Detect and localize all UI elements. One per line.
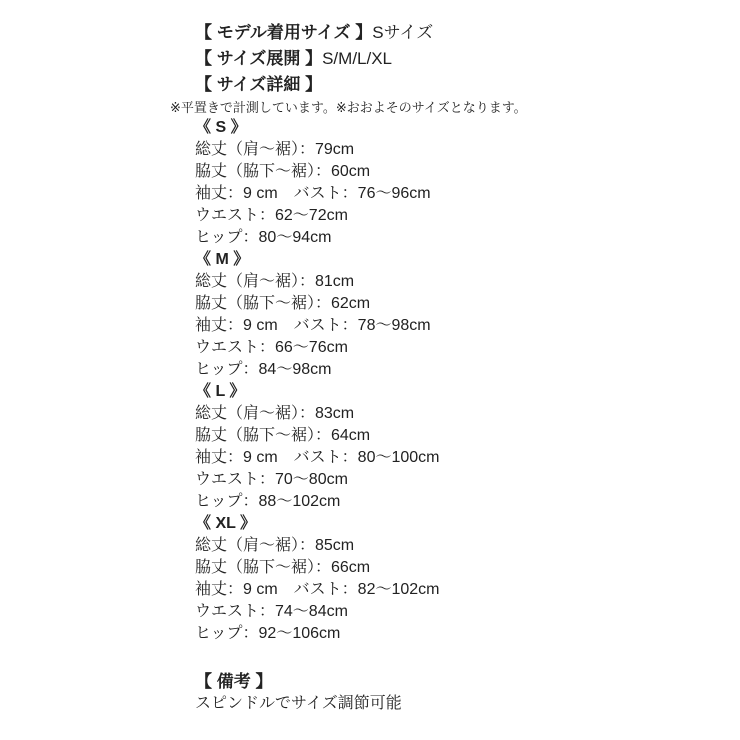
remarks-body: スピンドルでサイズ調節可能	[170, 693, 527, 715]
measurement-note: ※平置きで計測しています。※おおよそのサイズとなります。	[170, 98, 527, 117]
remarks-section: 【 備考 】 スピンドルでサイズ調節可能	[170, 671, 527, 715]
measurement-total-length: 総丈（肩〜裾）：83cm	[170, 403, 527, 425]
measurement-waist: ウエスト：70〜80cm	[170, 469, 527, 491]
measurement-waist: ウエスト：62〜72cm	[170, 205, 527, 227]
size-block-m: 《 M 》 総丈（肩〜裾）：81cm 脇丈（脇下〜裾）：62cm 袖丈：9 cm…	[170, 249, 527, 381]
model-size-line: 【 モデル着用サイズ 】Sサイズ	[170, 20, 527, 46]
measurement-waist: ウエスト：66〜76cm	[170, 337, 527, 359]
measurement-side-length: 脇丈（脇下〜裾）：64cm	[170, 425, 527, 447]
size-range-value: S/M/L/XL	[322, 49, 392, 68]
measurement-side-length: 脇丈（脇下〜裾）：62cm	[170, 293, 527, 315]
measurement-hip: ヒップ：88〜102cm	[170, 491, 527, 513]
size-name: 《 S 》	[170, 117, 527, 139]
model-size-value: Sサイズ	[372, 23, 433, 42]
measurement-side-length: 脇丈（脇下〜裾）：66cm	[170, 557, 527, 579]
measurement-sleeve-bust: 袖丈：9 cm バスト：76〜96cm	[170, 183, 527, 205]
measurement-hip: ヒップ：80〜94cm	[170, 227, 527, 249]
measurement-total-length: 総丈（肩〜裾）：81cm	[170, 271, 527, 293]
size-range-line: 【 サイズ展開 】S/M/L/XL	[170, 46, 527, 72]
size-spec-sheet: 【 モデル着用サイズ 】Sサイズ 【 サイズ展開 】S/M/L/XL 【 サイズ…	[170, 20, 527, 715]
model-size-label: 【 モデル着用サイズ 】	[195, 23, 372, 42]
size-range-label: 【 サイズ展開 】	[195, 49, 322, 68]
size-name: 《 M 》	[170, 249, 527, 271]
size-block-l: 《 L 》 総丈（肩〜裾）：83cm 脇丈（脇下〜裾）：64cm 袖丈：9 cm…	[170, 381, 527, 513]
measurement-hip: ヒップ：92〜106cm	[170, 623, 527, 645]
size-detail-label: 【 サイズ詳細 】	[195, 75, 322, 94]
measurement-side-length: 脇丈（脇下〜裾）：60cm	[170, 161, 527, 183]
measurement-sleeve-bust: 袖丈：9 cm バスト：82〜102cm	[170, 579, 527, 601]
measurement-hip: ヒップ：84〜98cm	[170, 359, 527, 381]
measurement-total-length: 総丈（肩〜裾）：85cm	[170, 535, 527, 557]
measurement-sleeve-bust: 袖丈：9 cm バスト：80〜100cm	[170, 447, 527, 469]
size-block-xl: 《 XL 》 総丈（肩〜裾）：85cm 脇丈（脇下〜裾）：66cm 袖丈：9 c…	[170, 513, 527, 645]
measurement-sleeve-bust: 袖丈：9 cm バスト：78〜98cm	[170, 315, 527, 337]
measurement-total-length: 総丈（肩〜裾）：79cm	[170, 139, 527, 161]
size-name: 《 XL 》	[170, 513, 527, 535]
remarks-title: 【 備考 】	[170, 671, 527, 693]
measurement-waist: ウエスト：74〜84cm	[170, 601, 527, 623]
size-detail-line: 【 サイズ詳細 】	[170, 72, 527, 98]
size-block-s: 《 S 》 総丈（肩〜裾）：79cm 脇丈（脇下〜裾）：60cm 袖丈：9 cm…	[170, 117, 527, 249]
size-name: 《 L 》	[170, 381, 527, 403]
